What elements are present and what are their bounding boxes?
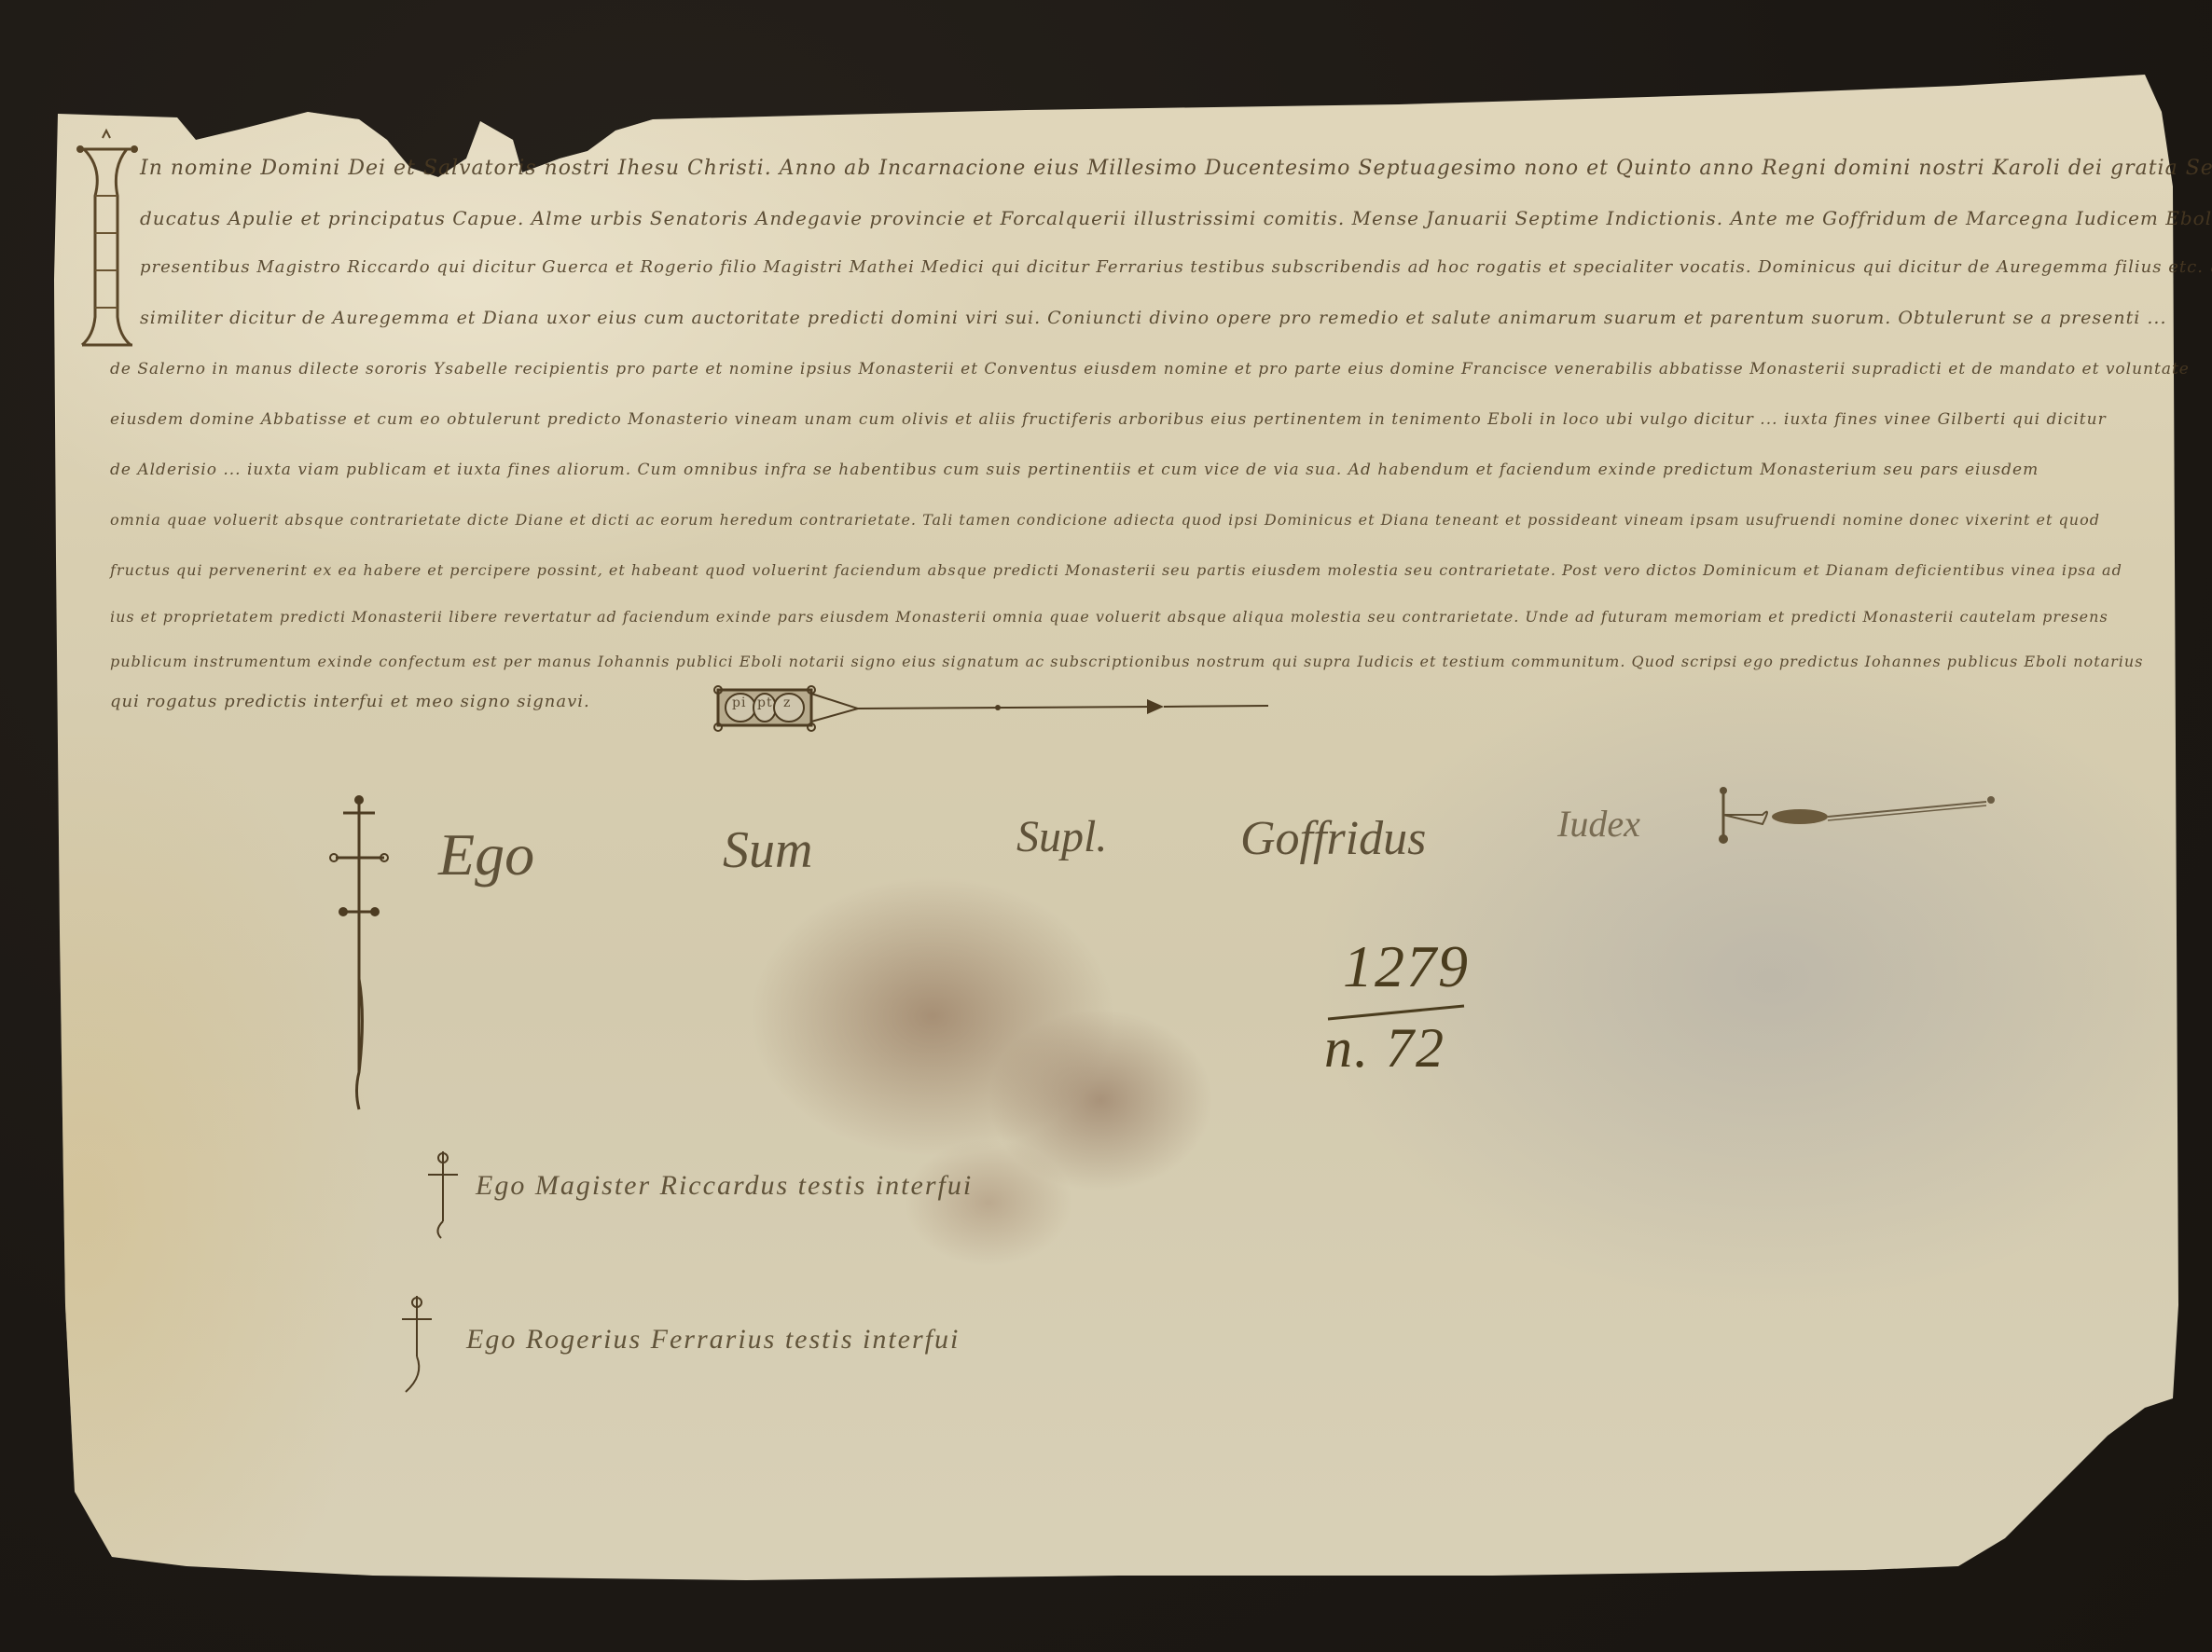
notarial-sign-letter-2: pt bbox=[757, 695, 773, 710]
signature-supl: Supl. bbox=[1016, 811, 1107, 862]
notarial-sign-letter-1: pi bbox=[732, 695, 746, 710]
charter-line-1: In nomine Domini Dei et Salvatoris nostr… bbox=[140, 157, 2212, 180]
cross-signum-icon bbox=[326, 792, 392, 1109]
charter-line-6: eiusdem domine Abbatisse et cum eo obtul… bbox=[110, 410, 2107, 429]
witness-cross-icon-1 bbox=[424, 1147, 462, 1240]
witness-2: Ego Rogerius Ferrarius testis interfui bbox=[466, 1324, 960, 1356]
charter-line-11: publicum instrumentum exinde confectum e… bbox=[110, 653, 2143, 670]
charter-line-12: qui rogatus predictis interfui et meo si… bbox=[110, 692, 590, 711]
charter-line-4: similiter dicitur de Auregemma et Diana … bbox=[140, 308, 2167, 328]
charter-line-5: de Salerno in manus dilecte sororis Ysab… bbox=[110, 360, 2190, 379]
charter-line-8: omnia quae voluerit absque contrarietate… bbox=[110, 511, 2100, 529]
charter-line-9: fructus qui pervenerint ex ea habere et … bbox=[110, 561, 2122, 579]
charter-line-2: ducatus Apulie et principatus Capue. Alm… bbox=[140, 207, 2212, 229]
charter-line-7: de Alderisio ... iuxta viam publicam et … bbox=[110, 461, 2039, 479]
archival-number: n. 72 bbox=[1324, 1016, 1445, 1081]
signature-goffridus: Goffridus bbox=[1240, 811, 1426, 866]
dagger-flourish-icon bbox=[1707, 783, 2014, 848]
notarial-sign-icon bbox=[709, 681, 1268, 737]
archival-year: 1279 bbox=[1343, 932, 1470, 1001]
notarial-sign-letter-3: z bbox=[783, 695, 791, 710]
witness-1: Ego Magister Riccardus testis interfui bbox=[476, 1170, 973, 1202]
charter-line-3: presentibus Magistro Riccardo qui dicitu… bbox=[140, 257, 2212, 277]
signature-iudex: Iudex bbox=[1557, 802, 1640, 846]
charter-line-10: ius et proprietatem predicti Monasterii … bbox=[110, 608, 2108, 626]
decorated-initial-icon bbox=[75, 131, 140, 354]
signature-ego: Ego bbox=[438, 820, 534, 889]
signature-sum: Sum bbox=[723, 820, 812, 880]
witness-cross-icon-2 bbox=[396, 1291, 434, 1394]
